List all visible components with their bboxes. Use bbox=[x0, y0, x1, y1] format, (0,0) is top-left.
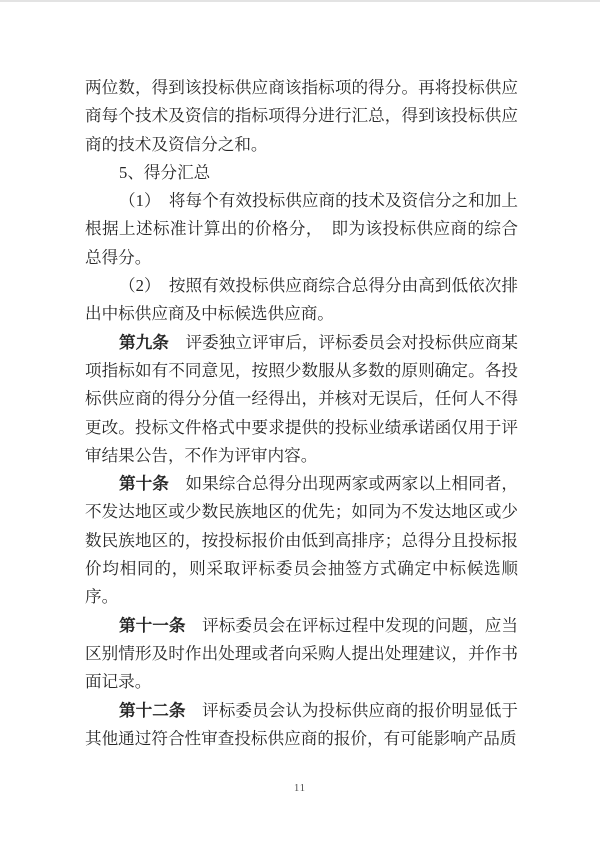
document-page: 两位数，得到该投标供应商该指标项的得分。再将投标供应商每个技术及资信的指标项得分… bbox=[0, 0, 600, 848]
clause-heading: 第十一条 bbox=[119, 616, 186, 635]
paragraph: 第十条 如果综合总得分出现两家或两家以上相同者，不发达地区或少数民族地区的优先；… bbox=[85, 470, 518, 611]
paragraph: 第十一条 评标委员会在评标过程中发现的问题，应当区别情形及时作出处理或者向采购人… bbox=[85, 612, 518, 697]
scan-edge-artifact bbox=[0, 0, 600, 2]
paragraph: （1） 将每个有效投标供应商的技术及资信分之和加上根据上述标准计算出的价格分， … bbox=[85, 187, 518, 272]
paragraph-text: 评委独立评审后，评标委员会对投标供应商某项指标如有不同意见，按照少数服从多数的原… bbox=[85, 333, 518, 465]
clause-heading: 第九条 bbox=[119, 333, 169, 352]
clause-heading: 第十条 bbox=[119, 474, 169, 493]
paragraph-text: 两位数，得到该投标供应商该指标项的得分。再将投标供应商每个技术及资信的指标项得分… bbox=[85, 78, 518, 154]
paragraph-text: 5、得分汇总 bbox=[119, 163, 210, 182]
paragraph-text: （2） 按照有效投标供应商综合总得分由高到低依次排出中标供应商及中标候选供应商。 bbox=[85, 276, 518, 323]
page-number: 11 bbox=[0, 783, 600, 794]
paragraph: 两位数，得到该投标供应商该指标项的得分。再将投标供应商每个技术及资信的指标项得分… bbox=[85, 74, 518, 159]
clause-heading: 第十二条 bbox=[119, 701, 186, 720]
paragraph: 第九条 评委独立评审后，评标委员会对投标供应商某项指标如有不同意见，按照少数服从… bbox=[85, 329, 518, 470]
paragraph-text: 如果综合总得分出现两家或两家以上相同者，不发达地区或少数民族地区的优先；如同为不… bbox=[85, 474, 518, 606]
paragraph: 5、得分汇总 bbox=[85, 159, 518, 187]
paragraph: （2） 按照有效投标供应商综合总得分由高到低依次排出中标供应商及中标候选供应商。 bbox=[85, 272, 518, 329]
paragraph-text: （1） 将每个有效投标供应商的技术及资信分之和加上根据上述标准计算出的价格分， … bbox=[85, 191, 518, 267]
document-body: 两位数，得到该投标供应商该指标项的得分。再将投标供应商每个技术及资信的指标项得分… bbox=[85, 74, 518, 753]
paragraph: 第十二条 评标委员会认为投标供应商的报价明显低于其他通过符合性审查投标供应商的报… bbox=[85, 697, 518, 754]
